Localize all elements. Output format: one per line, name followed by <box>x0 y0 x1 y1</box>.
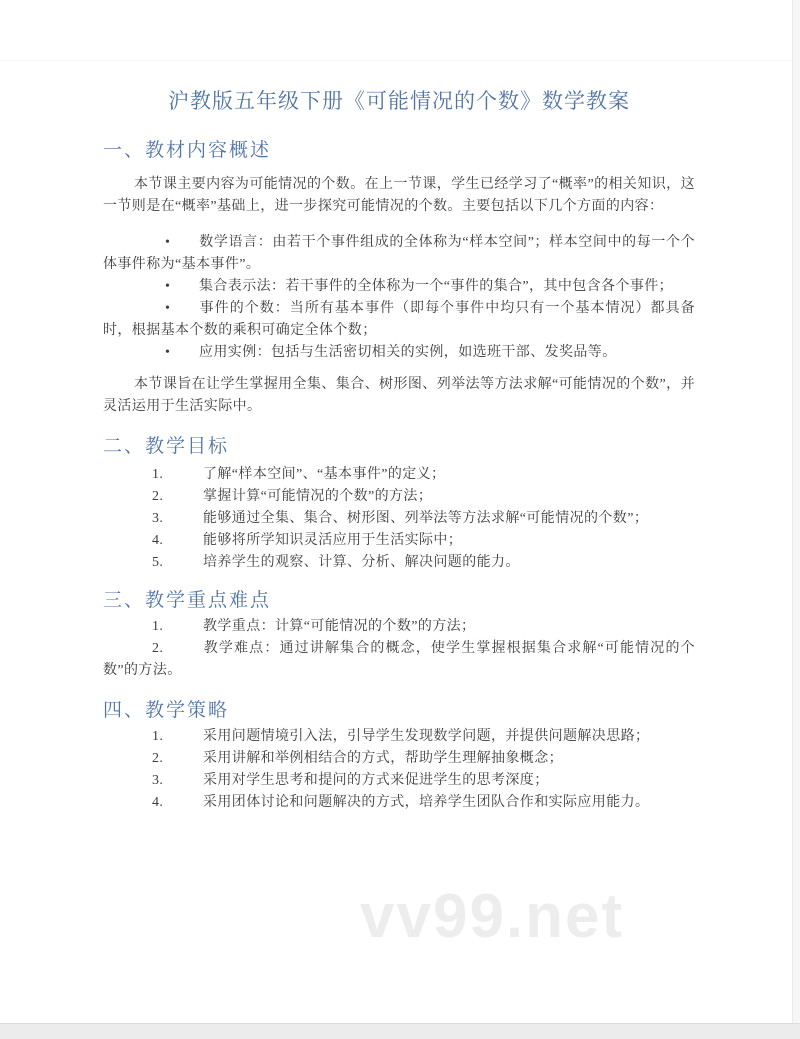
overview-outro-paragraph: 本节课旨在让学生掌握用全集、集合、树形图、列举法等方法求解“可能情况的个数”，并… <box>103 374 695 418</box>
site-watermark: vv99.net <box>360 886 624 948</box>
section-heading-key-points: 三、教学重点难点 <box>103 588 695 614</box>
document-page: 沪教版五年级下册《可能情况的个数》数学教案 一、教材内容概述 本节课主要内容为可… <box>103 86 695 814</box>
list-item: 2.掌握计算“可能情况的个数”的方法； <box>103 486 695 508</box>
list-item: 2.教学难点：通过讲解集合的概念，使学生掌握根据集合求解“可能情况的个数”的方法… <box>103 638 695 682</box>
list-item: 4.采用团体讨论和问题解决的方式，培养学生团队合作和实际应用能力。 <box>103 792 695 814</box>
bottom-bar <box>0 1023 800 1039</box>
item-text: 掌握计算“可能情况的个数”的方法； <box>203 489 432 504</box>
item-text: 教学重点：计算“可能情况的个数”的方法； <box>203 619 475 634</box>
item-number: 2. <box>152 748 203 770</box>
item-text: 能够将所学知识灵活应用于生活实际中； <box>203 533 462 548</box>
list-item: 1.了解“样本空间”、“基本事件”的定义； <box>103 464 695 486</box>
list-item: 4.能够将所学知识灵活应用于生活实际中； <box>103 530 695 552</box>
item-number: 2. <box>152 638 203 660</box>
section-heading-goals: 二、教学目标 <box>103 434 695 460</box>
bullet-icon: • <box>165 342 199 364</box>
item-text: 采用问题情境引入法，引导学生发现数学问题，并提供问题解决思路； <box>203 729 649 744</box>
item-number: 1. <box>152 616 203 638</box>
item-text: 采用团体讨论和问题解决的方式，培养学生团队合作和实际应用能力。 <box>203 795 649 810</box>
item-text: 培养学生的观察、计算、分析、解决问题的能力。 <box>203 555 520 570</box>
scrollbar-track[interactable] <box>792 0 800 1023</box>
bullet-icon: • <box>165 232 199 254</box>
document-title: 沪教版五年级下册《可能情况的个数》数学教案 <box>103 86 695 116</box>
overview-intro-paragraph: 本节课主要内容为可能情况的个数。在上一节课，学生已经学习了“概率”的相关知识，这… <box>103 174 695 218</box>
page-top-divider <box>0 60 792 61</box>
overview-bullet-list: •数学语言：由若干个事件组成的全体称为“样本空间”；样本空间中的每一个个体事件称… <box>103 232 695 364</box>
goals-numbered-list: 1.了解“样本空间”、“基本事件”的定义； 2.掌握计算“可能情况的个数”的方法… <box>103 464 695 574</box>
list-item: 5.培养学生的观察、计算、分析、解决问题的能力。 <box>103 552 695 574</box>
list-item: 3.能够通过全集、集合、树形图、列举法等方法求解“可能情况的个数”； <box>103 508 695 530</box>
item-number: 1. <box>152 464 203 486</box>
item-text: 了解“样本空间”、“基本事件”的定义； <box>203 467 445 482</box>
item-number: 2. <box>152 486 203 508</box>
bullet-text: 应用实例：包括与生活密切相关的实例，如选班干部、发奖品等。 <box>199 345 617 360</box>
bullet-item: •应用实例：包括与生活密切相关的实例，如选班干部、发奖品等。 <box>103 342 695 364</box>
bullet-item: •集合表示法：若干事件的全体称为一个“事件的集合”，其中包含各个事件； <box>103 276 695 298</box>
bullet-item: •数学语言：由若干个事件组成的全体称为“样本空间”；样本空间中的每一个个体事件称… <box>103 232 695 276</box>
item-text: 能够通过全集、集合、树形图、列举法等方法求解“可能情况的个数”； <box>203 511 648 526</box>
bullet-icon: • <box>165 298 199 320</box>
item-text: 采用对学生思考和提问的方式来促进学生的思考深度； <box>203 773 549 788</box>
key-points-numbered-list: 1.教学重点：计算“可能情况的个数”的方法； 2.教学难点：通过讲解集合的概念，… <box>103 616 695 682</box>
bullet-item: •事件的个数：当所有基本事件（即每个事件中均只有一个基本情况）都具备时，根据基本… <box>103 298 695 342</box>
list-item: 2.采用讲解和举例相结合的方式，帮助学生理解抽象概念； <box>103 748 695 770</box>
item-number: 3. <box>152 508 203 530</box>
section-heading-overview: 一、教材内容概述 <box>103 138 695 164</box>
item-number: 3. <box>152 770 203 792</box>
item-number: 4. <box>152 530 203 552</box>
section-heading-strategy: 四、教学策略 <box>103 698 695 724</box>
list-item: 1.采用问题情境引入法，引导学生发现数学问题，并提供问题解决思路； <box>103 726 695 748</box>
item-number: 4. <box>152 792 203 814</box>
strategy-numbered-list: 1.采用问题情境引入法，引导学生发现数学问题，并提供问题解决思路； 2.采用讲解… <box>103 726 695 814</box>
bullet-icon: • <box>165 276 199 298</box>
list-item: 1.教学重点：计算“可能情况的个数”的方法； <box>103 616 695 638</box>
item-number: 5. <box>152 552 203 574</box>
bullet-text: 集合表示法：若干事件的全体称为一个“事件的集合”，其中包含各个事件； <box>199 279 673 294</box>
item-text: 采用讲解和举例相结合的方式，帮助学生理解抽象概念； <box>203 751 563 766</box>
list-item: 3.采用对学生思考和提问的方式来促进学生的思考深度； <box>103 770 695 792</box>
item-number: 1. <box>152 726 203 748</box>
